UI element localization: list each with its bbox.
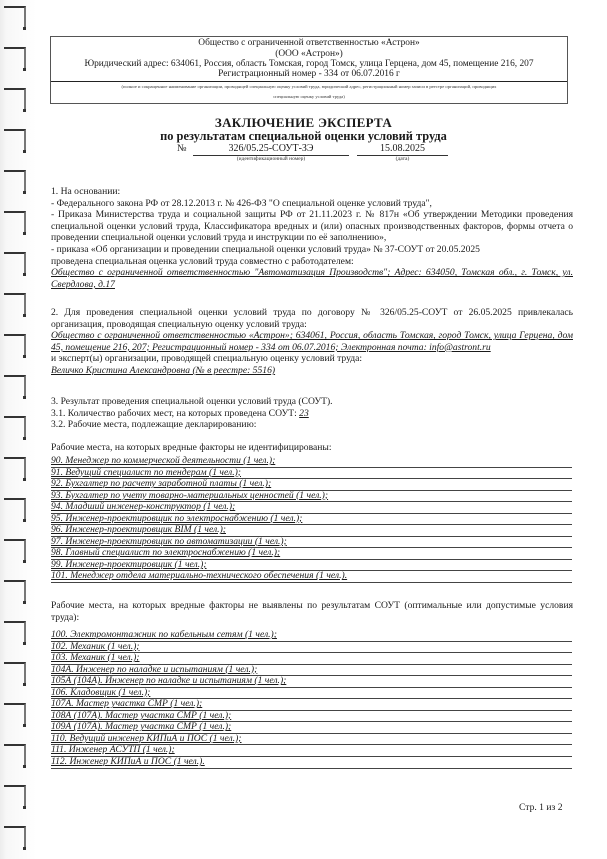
declaration-label: 3.2. Рабочие места, подлежащие деклариро… bbox=[51, 419, 573, 431]
workplace-name: 91. Ведущий специалист по тендерам (1 че… bbox=[51, 467, 241, 478]
binder-ring-icon bbox=[4, 47, 26, 69]
workplace-name: 105А (104А). Инженер по наладке и испыта… bbox=[51, 675, 286, 686]
org-full-name: Общество с ограниченной ответственностью… bbox=[51, 38, 567, 49]
workplace-name: 102. Механик (1 чел.); bbox=[51, 641, 140, 652]
binder-ring-icon bbox=[4, 498, 26, 520]
binder-ring-icon bbox=[4, 170, 26, 192]
workplace-name: 92. Бухгалтер по расчету заработной плат… bbox=[51, 478, 271, 489]
section-organization: 2. Для проведения специальной оценки усл… bbox=[51, 307, 573, 377]
workplace-name: 110. Ведущий инженер КИПиА и ПОС (1 чел.… bbox=[51, 733, 242, 744]
binder-ring-icon bbox=[4, 6, 26, 28]
workplace-count-row: 3.1. Количество рабочих мест, на которых… bbox=[51, 408, 573, 420]
workplace-list-item: 112. Инженер КИПиА и ПОС (1 чел.). bbox=[51, 757, 572, 769]
section-basis-heading: 1. На основании: bbox=[51, 186, 573, 198]
binder-ring-icon bbox=[4, 252, 26, 274]
not-revealed-heading: Рабочие места, на которых вредные фактор… bbox=[51, 600, 573, 623]
binder-ring-icon bbox=[4, 539, 26, 561]
binder-ring-icon bbox=[4, 211, 26, 233]
workplace-name: 109А (107А). Мастер участка СМР (1 чел.)… bbox=[51, 721, 231, 732]
org-registration: Регистрационный номер - 334 от 06.07.201… bbox=[51, 69, 567, 80]
workplace-name: 96. Инженер-проектировщик BIM (1 чел.); bbox=[51, 524, 226, 535]
basis-organization-order: - приказа «Об организации и проведении с… bbox=[51, 244, 573, 256]
workplace-name: 97. Инженер-проектировщик по автоматизац… bbox=[51, 536, 287, 547]
section-basis: 1. На основании: - Федерального закона Р… bbox=[51, 186, 573, 290]
number-sign: № bbox=[177, 143, 187, 154]
page-number: Стр. 1 из 2 bbox=[519, 802, 563, 813]
document-date: 15.08.2025 bbox=[357, 143, 448, 156]
binder-ring-icon bbox=[4, 88, 26, 110]
organization-header: Общество с ограниченной ответственностью… bbox=[50, 36, 568, 104]
workplace-name: 111. Инженер АСУТП (1 чел.); bbox=[51, 744, 175, 755]
workplace-name: 107А. Мастер участка СМР (1 чел.); bbox=[51, 698, 202, 709]
binder-ring-icon bbox=[4, 580, 26, 602]
expert-name: Величко Кристина Александровна (№ в реес… bbox=[51, 365, 573, 377]
not-revealed-list: 100. Электромонтажник по кабельным сетям… bbox=[51, 630, 572, 769]
workplace-name: 101. Менеджер отдела материально-техниче… bbox=[51, 570, 347, 581]
not-identified-list: 90. Менеджер по коммерческой деятельност… bbox=[51, 456, 572, 583]
document-date-caption: (дата) bbox=[357, 156, 448, 162]
binder-ring-icon bbox=[4, 703, 26, 725]
workplace-name: 112. Инженер КИПиА и ПОС (1 чел.). bbox=[51, 756, 205, 767]
not-revealed-section: Рабочие места, на которых вредные фактор… bbox=[51, 600, 573, 623]
binder-ring-icon bbox=[4, 621, 26, 643]
binder-ring-icon bbox=[4, 457, 26, 479]
results-heading: 3. Результат проведения специальной оцен… bbox=[51, 396, 573, 408]
conducted-with-label: проведена специальная оценка условий тру… bbox=[51, 256, 573, 268]
workplace-count-label: 3.1. Количество рабочих мест, на которых… bbox=[51, 408, 299, 419]
workplace-name: 95. Инженер-проектировщик по электроснаб… bbox=[51, 513, 302, 524]
binder-ring-icon bbox=[4, 293, 26, 315]
binder-ring-icon bbox=[4, 334, 26, 356]
workplace-count-value: 23 bbox=[299, 408, 309, 419]
document-subtitle: по результатам специальной оценки услови… bbox=[0, 129, 607, 144]
section-results: 3. Результат проведения специальной оцен… bbox=[51, 396, 573, 454]
assessor-org-details: Общество с ограниченной ответственностью… bbox=[51, 330, 573, 353]
employer-details: Общество с ограниченной ответственностью… bbox=[51, 267, 573, 290]
document-number: 326/05.25-СОУТ-ЗЭ bbox=[193, 143, 349, 156]
document-number-caption: (идентификационный номер) bbox=[193, 156, 349, 162]
basis-ministry-order: - Приказа Министерства труда и социально… bbox=[51, 209, 573, 244]
workplace-name: 100. Электромонтажник по кабельным сетям… bbox=[51, 629, 277, 640]
basis-federal-law: - Федерального закона РФ от 28.12.2013 г… bbox=[51, 198, 573, 210]
binder-ring-icon bbox=[4, 744, 26, 766]
not-identified-heading: Рабочие места, на которых вредные фактор… bbox=[51, 442, 573, 454]
binder-ring-icon bbox=[4, 785, 26, 807]
binder-ring-icon bbox=[4, 826, 26, 848]
binder-ring-icon bbox=[4, 662, 26, 684]
workplace-name: 103. Механик (1 чел.); bbox=[51, 652, 140, 663]
workplace-name: 90. Менеджер по коммерческой деятельност… bbox=[51, 455, 275, 466]
workplace-name: 99. Инженер-проектировщик (1 чел.); bbox=[51, 559, 207, 570]
workplace-name: 104А. Инженер по наладке и испытаниям (1… bbox=[51, 664, 257, 675]
document-id-row: № 326/05.25-СОУТ-ЗЭ 15.08.2025 (идентифи… bbox=[0, 143, 607, 165]
workplace-name: 93. Бухгалтер по учету товарно-материаль… bbox=[51, 490, 328, 501]
binder-ring-icon bbox=[4, 375, 26, 397]
workplace-name: 98. Главный специалист по электроснабжен… bbox=[51, 547, 280, 558]
contract-intro: 2. Для проведения специальной оценки усл… bbox=[51, 307, 573, 330]
header-divider bbox=[51, 81, 567, 82]
org-caption: (полное и сокращенное наименование орган… bbox=[55, 83, 563, 90]
workplace-name: 94. Младший инженер-конструктор (1 чел.)… bbox=[51, 501, 235, 512]
workplace-list-item: 101. Менеджер отдела материально-техниче… bbox=[51, 571, 572, 583]
experts-label: и эксперт(ы) организации, проводящей спе… bbox=[51, 353, 573, 365]
workplace-name: 108А (107А). Мастер участка СМР (1 чел.)… bbox=[51, 710, 231, 721]
org-caption-continued: специальную оценку условий труда) bbox=[55, 93, 563, 100]
binder-ring-icon bbox=[4, 416, 26, 438]
workplace-name: 106. Кладовщик (1 чел.); bbox=[51, 687, 150, 698]
